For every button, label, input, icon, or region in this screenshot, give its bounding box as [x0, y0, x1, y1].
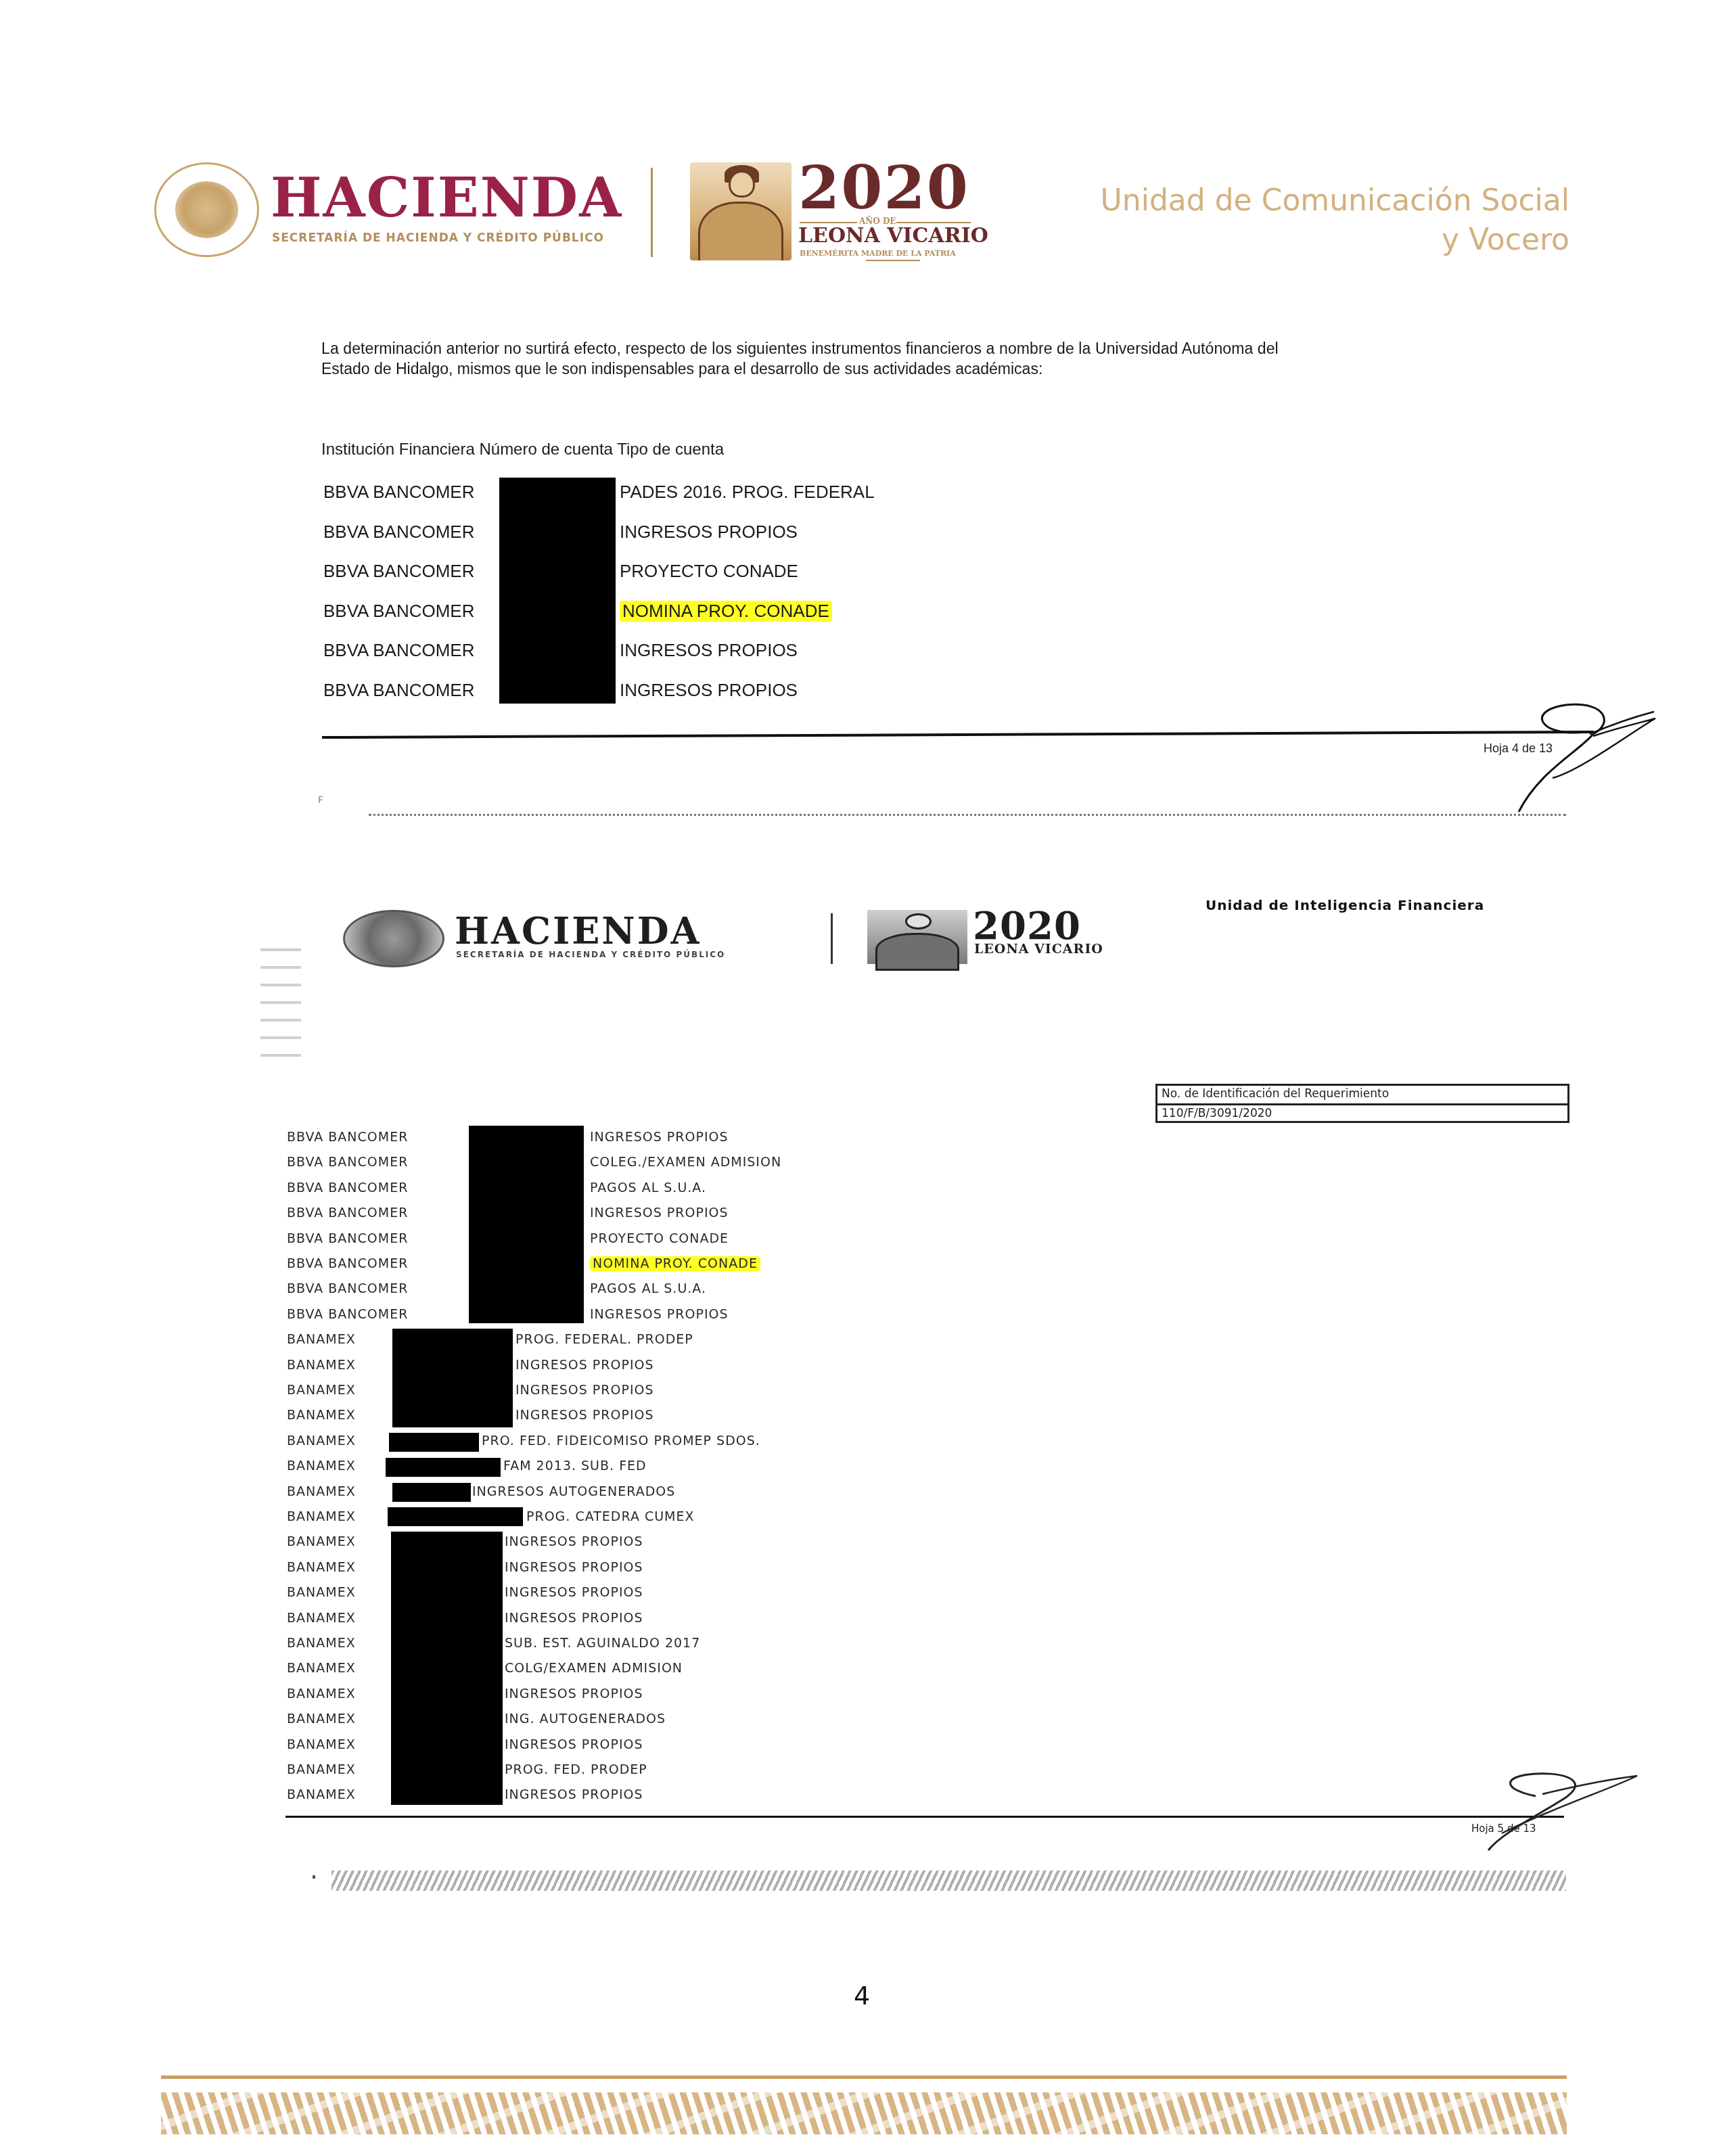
- account-type: INGRESOS PROPIOS: [590, 1206, 729, 1220]
- redacted-account-block-banamex-a: [392, 1329, 513, 1427]
- hacienda-brand-title: HACIENDA: [271, 169, 622, 226]
- bank-name: BBVA BANCOMER: [323, 522, 474, 543]
- bank-name: BANAMEX: [287, 1636, 356, 1651]
- bank-name: BBVA BANCOMER: [323, 680, 474, 701]
- bank-name: BANAMEX: [287, 1787, 356, 1802]
- redacted-account-block-banamex-e: [388, 1507, 523, 1526]
- account-row: BBVA BANCOMERINGRESOS PROPIOS: [323, 640, 1068, 667]
- account-type: PROG. FED. PRODEP: [505, 1762, 647, 1777]
- account-type: INGRESOS PROPIOS: [590, 1307, 729, 1322]
- redacted-account-block: [499, 478, 616, 704]
- redacted-account-block-bbva: [469, 1126, 584, 1323]
- account-row: BBVA BANCOMERINGRESOS PROPIOS: [323, 680, 1068, 707]
- bank-name: BBVA BANCOMER: [287, 1130, 408, 1145]
- bank-name: BANAMEX: [287, 1332, 356, 1347]
- bank-name: BANAMEX: [287, 1459, 356, 1473]
- account-type: SUB. EST. AGUINALDO 2017: [505, 1636, 700, 1651]
- redacted-account-block-banamex-b: [389, 1433, 479, 1452]
- footer-decorative-pattern: [161, 2092, 1567, 2134]
- bank-name: BANAMEX: [287, 1408, 356, 1423]
- bank-name: BANAMEX: [287, 1358, 356, 1373]
- account-type: INGRESOS AUTOGENERADOS: [472, 1484, 675, 1499]
- account-type: FAM 2013. SUB. FED: [503, 1459, 647, 1473]
- bank-name: BBVA BANCOMER: [323, 561, 474, 582]
- honoree-rule: [866, 260, 920, 261]
- bank-name: BBVA BANCOMER: [323, 601, 474, 622]
- requirement-id-label: No. de Identificación del Requerimiento: [1157, 1086, 1567, 1103]
- account-type: PROG. FEDERAL. PRODEP: [515, 1332, 693, 1347]
- account-type-highlighted: NOMINA PROY. CONADE: [590, 1256, 760, 1271]
- redacted-account-block-banamex-f: [391, 1532, 503, 1805]
- account-type: INGRESOS PROPIOS: [505, 1737, 643, 1752]
- accounts-table-header: Institución Financiera Número de cuenta …: [321, 440, 724, 460]
- scan-decorative-pattern: [331, 1871, 1566, 1891]
- hacienda-brand-title-scan: HACIENDA: [455, 912, 701, 950]
- page-4-bottom-rule: [322, 731, 1594, 739]
- unit-title-line2: y Vocero: [947, 221, 1569, 260]
- account-type: INGRESOS PROPIOS: [505, 1687, 643, 1701]
- account-type: PADES 2016. PROG. FEDERAL: [620, 482, 875, 503]
- bank-name: BANAMEX: [287, 1484, 356, 1499]
- account-type: COLEG./EXAMEN ADMISION: [590, 1155, 781, 1170]
- bank-name: BANAMEX: [287, 1661, 356, 1676]
- account-type: INGRESOS PROPIOS: [620, 680, 798, 701]
- bank-name: BANAMEX: [287, 1560, 356, 1575]
- page-4-scan-edge: [369, 814, 1566, 816]
- bank-name: BBVA BANCOMER: [287, 1206, 408, 1220]
- bank-name: BANAMEX: [287, 1611, 356, 1626]
- account-type: PROG. CATEDRA CUMEX: [526, 1509, 695, 1524]
- account-type: INGRESOS PROPIOS: [515, 1358, 654, 1373]
- bank-name: BBVA BANCOMER: [287, 1281, 408, 1296]
- signature-icon: [1454, 1759, 1644, 1854]
- requirement-id-value: 110/F/B/3091/2020: [1157, 1103, 1567, 1121]
- uif-unit-title: Unidad de Inteligencia Financiera: [1206, 897, 1484, 913]
- footer-rule: [161, 2075, 1567, 2079]
- year-2020: 2020: [798, 157, 969, 218]
- account-row: BBVA BANCOMERNOMINA PROY. CONADE: [323, 601, 1068, 628]
- bank-name: BBVA BANCOMER: [287, 1180, 408, 1195]
- account-type: PAGOS AL S.U.A.: [590, 1281, 706, 1296]
- intro-line-2: Estado de Hidalgo, mismos que le son ind…: [321, 359, 1580, 379]
- bank-name: BANAMEX: [287, 1509, 356, 1524]
- scan-letterhead-divider: [831, 913, 833, 964]
- page-5-bottom-rule: [285, 1816, 1564, 1818]
- account-type: INGRESOS PROPIOS: [505, 1787, 643, 1802]
- account-type: PAGOS AL S.U.A.: [590, 1180, 706, 1195]
- year-rule-left: [800, 222, 857, 223]
- scan-speck: ꟳ: [318, 792, 323, 812]
- mexico-coat-of-arms-seal-icon: [154, 162, 259, 257]
- bank-name: BANAMEX: [287, 1383, 356, 1398]
- account-type: INGRESOS PROPIOS: [505, 1611, 643, 1626]
- bank-name: BANAMEX: [287, 1712, 356, 1726]
- account-type: PRO. FED. FIDEICOMISO PROMEP SDOS.: [482, 1433, 760, 1448]
- account-row: BBVA BANCOMERPROYECTO CONADE: [323, 561, 1068, 588]
- account-type: ING. AUTOGENERADOS: [505, 1712, 666, 1726]
- hacienda-brand-subtitle-scan: SECRETARÍA DE HACIENDA Y CRÉDITO PÚBLICO: [456, 950, 725, 959]
- bank-name: BANAMEX: [287, 1433, 356, 1448]
- account-type: INGRESOS PROPIOS: [590, 1130, 729, 1145]
- leona-vicario-portrait-icon: [867, 910, 967, 964]
- bank-name: BBVA BANCOMER: [323, 482, 474, 503]
- bank-name: BANAMEX: [287, 1762, 356, 1777]
- year-2020-scan: 2020: [973, 907, 1081, 946]
- redacted-account-block-banamex-d: [392, 1483, 471, 1502]
- page-number: 4: [854, 1981, 870, 2011]
- account-type-highlighted: NOMINA PROY. CONADE: [620, 601, 832, 622]
- account-type: INGRESOS PROPIOS: [620, 522, 798, 543]
- account-type: INGRESOS PROPIOS: [515, 1408, 654, 1423]
- account-type: INGRESOS PROPIOS: [620, 640, 798, 661]
- hacienda-brand-subtitle: SECRETARÍA DE HACIENDA Y CRÉDITO PÚBLICO: [272, 231, 604, 245]
- scan-specks-left: [260, 934, 301, 1069]
- account-row: BBVA BANCOMERPADES 2016. PROG. FEDERAL: [323, 482, 1068, 509]
- account-type: INGRESOS PROPIOS: [515, 1383, 654, 1398]
- intro-line-1: La determinación anterior no surtirá efe…: [321, 338, 1580, 359]
- bank-name: BBVA BANCOMER: [287, 1256, 408, 1271]
- scan-dot: [313, 1875, 315, 1879]
- account-type: PROYECTO CONADE: [590, 1231, 729, 1246]
- account-row: BANAMEXINGRESOS AUTOGENERADOS: [0, 1484, 947, 1505]
- account-row: BBVA BANCOMERINGRESOS PROPIOS: [323, 522, 1068, 549]
- bank-name: BANAMEX: [287, 1737, 356, 1752]
- account-type: PROYECTO CONADE: [620, 561, 798, 582]
- intro-paragraph: La determinación anterior no surtirá efe…: [321, 338, 1580, 379]
- bank-name: BANAMEX: [287, 1687, 356, 1701]
- requirement-id-box: No. de Identificación del Requerimiento …: [1155, 1084, 1569, 1123]
- bank-name: BBVA BANCOMER: [323, 640, 474, 661]
- account-type: INGRESOS PROPIOS: [505, 1585, 643, 1600]
- unit-title-line1: Unidad de Comunicación Social: [947, 181, 1569, 221]
- account-type: COLG/EXAMEN ADMISION: [505, 1661, 683, 1676]
- account-type: INGRESOS PROPIOS: [505, 1534, 643, 1549]
- letterhead-divider: [651, 168, 653, 257]
- honoree-caption: BENEMÉRITA MADRE DE LA PATRIA: [800, 249, 956, 258]
- honoree-name-scan: LEONA VICARIO: [974, 942, 1103, 957]
- bank-name: BBVA BANCOMER: [287, 1155, 408, 1170]
- mexico-coat-of-arms-seal-icon: [343, 910, 444, 967]
- bank-name: BANAMEX: [287, 1585, 356, 1600]
- unit-title: Unidad de Comunicación Social y Vocero: [947, 181, 1569, 260]
- leona-vicario-portrait-icon: [690, 162, 791, 260]
- bank-name: BBVA BANCOMER: [287, 1231, 408, 1246]
- bank-name: BBVA BANCOMER: [287, 1307, 408, 1322]
- account-type: INGRESOS PROPIOS: [505, 1560, 643, 1575]
- redacted-account-block-banamex-c: [386, 1458, 501, 1477]
- signature-icon: [1498, 697, 1661, 819]
- bank-name: BANAMEX: [287, 1534, 356, 1549]
